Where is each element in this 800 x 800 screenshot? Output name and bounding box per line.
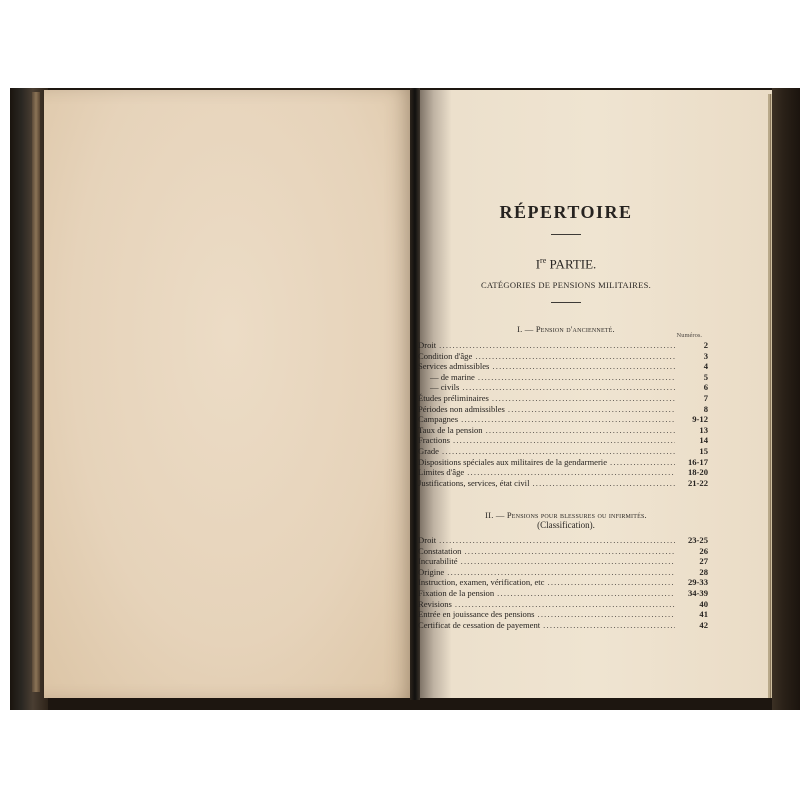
section-1-entries: Droit2Condition d'âge3Services admissibl… [418, 340, 710, 488]
numeros-label: Numéros. [677, 332, 702, 339]
leader-dots [537, 609, 675, 620]
leader-dots [462, 382, 675, 393]
toc-entry: Droit2 [418, 340, 710, 351]
entry-number: 13 [678, 425, 710, 436]
right-cover [772, 88, 800, 710]
toc-entry: Justifications, services, état civil21-2… [418, 478, 710, 489]
leader-dots [455, 599, 675, 610]
subtitle-rule [551, 302, 581, 303]
entry-number: 8 [678, 404, 710, 415]
toc-entry: Limites d'âge18-20 [418, 467, 710, 478]
entry-number: 2 [678, 340, 710, 351]
entry-label: Condition d'âge [418, 351, 472, 362]
entry-label: Services admissibles [418, 361, 489, 372]
leader-dots [547, 577, 675, 588]
toc-entry: Services admissibles4 [418, 361, 710, 372]
entry-label: Droit [418, 340, 436, 351]
entry-number: 7 [678, 393, 710, 404]
entry-label: Grade [418, 446, 439, 457]
toc-entry: Études préliminaires7 [418, 393, 710, 404]
entry-number: 16-17 [678, 457, 710, 468]
entry-number: 9-12 [678, 414, 710, 425]
leader-dots [610, 457, 675, 468]
entry-label: Revisions [418, 599, 452, 610]
leader-dots [543, 620, 675, 631]
leader-dots [461, 414, 675, 425]
entry-number: 40 [678, 599, 710, 610]
entry-number: 21-22 [678, 478, 710, 489]
leader-dots [508, 404, 675, 415]
entry-label: Justifications, services, état civil [418, 478, 529, 489]
toc-entry: Revisions40 [418, 599, 710, 610]
entry-label: Limites d'âge [418, 467, 464, 478]
section-2-entries: Droit23-25Constatation26Incurabilité27Or… [418, 535, 710, 630]
toc-entry: Constatation26 [418, 546, 710, 557]
toc-entry: Incurabilité27 [418, 556, 710, 567]
entry-number: 42 [678, 620, 710, 631]
toc-entry: Certificat de cessation de payement42 [418, 620, 710, 631]
page-title: RÉPERTOIRE [418, 202, 714, 223]
leader-dots [464, 546, 675, 557]
leader-dots [447, 567, 675, 578]
entry-label: Certificat de cessation de payement [418, 620, 540, 631]
toc-entry: Instruction, examen, vérification, etc29… [418, 577, 710, 588]
toc-entry: Dispositions spéciales aux militaires de… [418, 457, 710, 468]
toc-entry: Fractions14 [418, 435, 710, 446]
entry-label: Entrée en jouissance des pensions [418, 609, 534, 620]
title-rule [551, 234, 581, 235]
entry-number: 23-25 [678, 535, 710, 546]
toc-entry: Origine28 [418, 567, 710, 578]
entry-label: Campagnes [418, 414, 458, 425]
entry-number: 41 [678, 609, 710, 620]
leader-dots [492, 361, 675, 372]
leader-dots [467, 467, 675, 478]
entry-label: Fractions [418, 435, 450, 446]
section-2-heading: II. — Pensions pour blessures ou infirmi… [418, 510, 714, 520]
entry-label: Instruction, examen, vérification, etc [418, 577, 544, 588]
entry-number: 29-33 [678, 577, 710, 588]
entry-number: 34-39 [678, 588, 710, 599]
part-heading: Ire PARTIE. [418, 256, 714, 272]
entry-label: Constatation [418, 546, 461, 557]
section-1-heading: I. — Pension d'ancienneté. [418, 324, 714, 334]
entry-label: Études préliminaires [418, 393, 489, 404]
leader-dots [492, 393, 675, 404]
toc-entry: — civils6 [418, 382, 710, 393]
toc-entry: Condition d'âge3 [418, 351, 710, 362]
toc-entry: Droit23-25 [418, 535, 710, 546]
section-2-subheading: (Classification). [418, 520, 714, 530]
entry-number: 18-20 [678, 467, 710, 478]
entry-number: 26 [678, 546, 710, 557]
toc-entry: — de marine5 [418, 372, 710, 383]
toc-entry: Campagnes9-12 [418, 414, 710, 425]
entry-number: 6 [678, 382, 710, 393]
toc-entry: Périodes non admissibles8 [418, 404, 710, 415]
leader-dots [478, 372, 675, 383]
entry-label: Périodes non admissibles [418, 404, 505, 415]
entry-label: Fixation de la pension [418, 588, 494, 599]
leader-dots [532, 478, 675, 489]
toc-entry: Entrée en jouissance des pensions41 [418, 609, 710, 620]
leader-dots [497, 588, 675, 599]
entry-number: 14 [678, 435, 710, 446]
entry-label: Dispositions spéciales aux militaires de… [418, 457, 607, 468]
entry-number: 27 [678, 556, 710, 567]
leader-dots [475, 351, 675, 362]
toc-entry: Grade15 [418, 446, 710, 457]
leader-dots [439, 340, 675, 351]
leader-dots [439, 535, 675, 546]
entry-label: — de marine [418, 372, 475, 383]
entry-number: 15 [678, 446, 710, 457]
leader-dots [453, 435, 675, 446]
part-subtitle: CATÉGORIES DE PENSIONS MILITAIRES. [418, 280, 714, 290]
entry-number: 5 [678, 372, 710, 383]
left-cover [10, 88, 48, 710]
leader-dots [442, 446, 675, 457]
toc-entry: Fixation de la pension34-39 [418, 588, 710, 599]
entry-number: 4 [678, 361, 710, 372]
entry-label: Incurabilité [418, 556, 458, 567]
entry-label: — civils [418, 382, 459, 393]
entry-label: Taux de la pension [418, 425, 483, 436]
leader-dots [461, 556, 675, 567]
entry-label: Droit [418, 535, 436, 546]
leader-dots [486, 425, 675, 436]
toc-entry: Taux de la pension13 [418, 425, 710, 436]
entry-number: 3 [678, 351, 710, 362]
entry-label: Origine [418, 567, 444, 578]
left-page-blank [44, 90, 416, 698]
entry-number: 28 [678, 567, 710, 578]
